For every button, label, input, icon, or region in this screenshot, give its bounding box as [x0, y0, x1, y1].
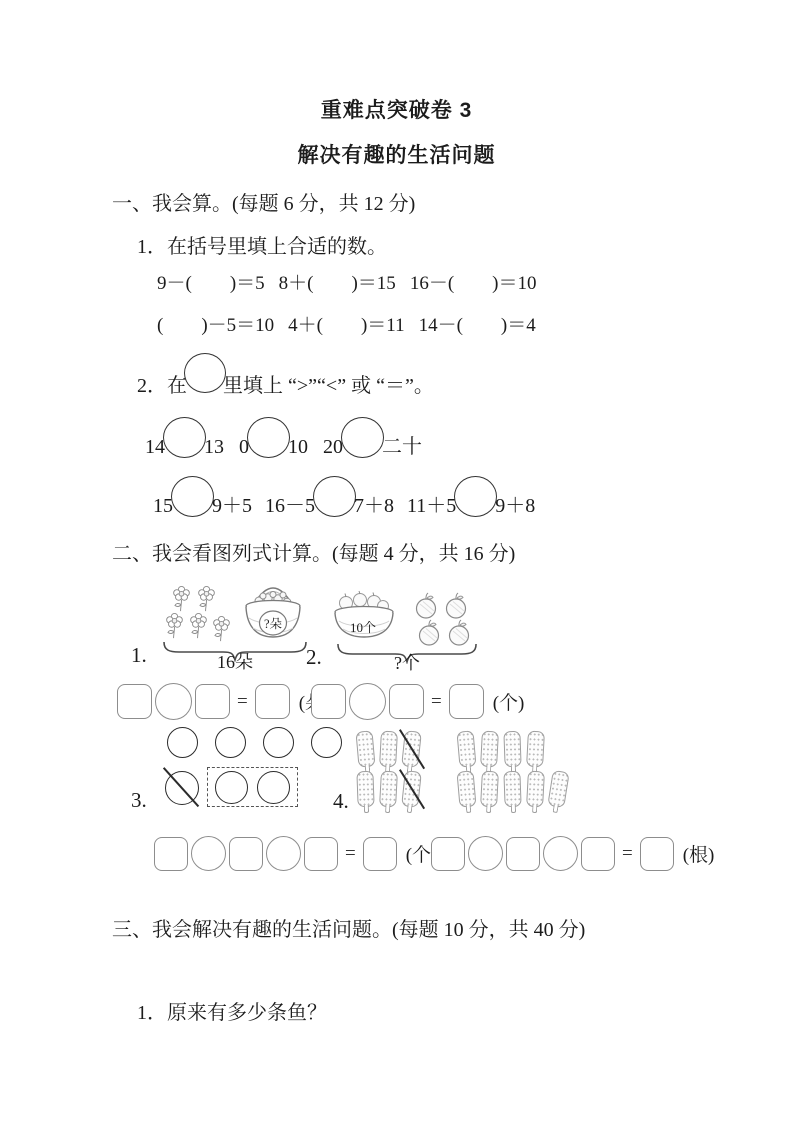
circle-shape	[257, 771, 290, 804]
flower-icon	[164, 611, 185, 639]
apple-basket-icon: 10个	[331, 590, 397, 642]
flower-icon	[196, 584, 217, 612]
s1-q2-label: 2．在 里填上 “>”“<” 或 “＝”。	[137, 352, 434, 398]
popsicle-row	[458, 731, 544, 767]
popsicle-icon	[526, 771, 545, 808]
flower-basket-icon: ?朵	[236, 576, 310, 642]
answer-box	[431, 837, 465, 871]
popsicle-crossed-icon	[401, 730, 422, 768]
answer-box	[117, 684, 152, 719]
equation: 16－( )＝10	[410, 268, 537, 295]
apple-icon	[413, 592, 439, 619]
s1-q2-compare-row2: 159＋5 16－57＋8 11＋59＋8	[153, 476, 535, 517]
compare-right: 13	[204, 436, 224, 458]
flower-icon	[171, 584, 192, 612]
apples-group	[413, 592, 473, 648]
compare-item: 1413	[145, 417, 224, 458]
s2-q3-number: 3.	[131, 788, 147, 813]
compare-circle	[454, 476, 497, 517]
circle-shape	[167, 727, 198, 758]
s1-q1-label: 1．在括号里填上合适的数。	[137, 230, 387, 259]
compare-item: 010	[239, 417, 308, 458]
popsicle-icon	[355, 730, 375, 767]
crossed-circle	[163, 768, 201, 806]
operator-circle	[266, 836, 301, 871]
answer-box	[195, 684, 230, 719]
s2-q1-number: 1.	[131, 643, 147, 668]
equals-sign: =	[622, 843, 633, 865]
s2-q4-answer-row: = (根)	[431, 836, 714, 871]
compare-left: 14	[145, 436, 165, 458]
popsicle-crossed-icon	[401, 770, 422, 808]
popsicle-icon	[503, 731, 521, 768]
equation: 8＋( )＝15	[279, 268, 396, 295]
section3-heading: 三、我会解决有趣的生活问题。(每题 10 分，共 40 分)	[112, 913, 585, 942]
popsicle-icon	[356, 771, 374, 808]
compare-item: 11＋59＋8	[407, 476, 535, 517]
s1-q2-label-suffix: 里填上 “>”“<” 或 “＝”。	[223, 369, 434, 398]
compare-item: 159＋5	[153, 476, 252, 517]
circle-shape	[311, 727, 342, 758]
popsicle-icon	[480, 771, 499, 808]
compare-right: 10	[288, 436, 308, 458]
equals-sign: =	[237, 691, 248, 713]
compare-circle	[163, 417, 206, 458]
compare-right: 二十	[382, 436, 422, 458]
flower-icon	[211, 614, 232, 642]
s2-q2-number: 2.	[306, 645, 322, 670]
page-subtitle: 解决有趣的生活问题	[0, 139, 793, 169]
equation: 9－( )＝5	[157, 268, 265, 295]
s1-q2-label-prefix: 2．在	[137, 369, 187, 398]
equals-sign: =	[345, 843, 356, 865]
compare-right: 7＋8	[354, 495, 394, 517]
answer-box	[640, 837, 674, 871]
answer-box	[449, 684, 484, 719]
s2-q4-number: 4.	[333, 789, 349, 814]
answer-box	[304, 837, 338, 871]
answer-box	[255, 684, 290, 719]
compare-item: 16－57＋8	[265, 476, 394, 517]
answer-box	[154, 837, 188, 871]
popsicle-icon	[379, 771, 398, 808]
operator-circle	[349, 683, 386, 720]
section1-heading: 一、我会算。(每题 6 分，共 12 分)	[112, 187, 415, 216]
answer-box	[506, 837, 540, 871]
s2-q3-circles-row1	[167, 727, 342, 758]
answer-box	[363, 837, 397, 871]
equation: ( )－5＝10	[157, 310, 274, 337]
compare-left: 11＋5	[407, 495, 456, 517]
page-title: 重难点突破卷 3	[0, 94, 793, 124]
popsicle-icon	[379, 731, 398, 768]
compare-item: 20二十	[323, 417, 422, 458]
popsicle-icon	[456, 770, 476, 807]
popsicle-icon	[526, 731, 545, 768]
section2-heading: 二、我会看图列式计算。(每题 4 分，共 16 分)	[112, 537, 515, 566]
circle-shape	[215, 771, 248, 804]
compare-circle	[313, 476, 356, 517]
popsicle-row	[357, 771, 420, 807]
loose-flowers-group	[163, 584, 237, 644]
compare-circle	[171, 476, 214, 517]
popsicle-row	[458, 771, 567, 807]
operator-circle	[155, 683, 192, 720]
s2-q2-total-label: ?个	[367, 649, 447, 675]
basket-count-label: 10个	[350, 620, 376, 635]
s2-q3-answer-row: = (个)	[154, 836, 437, 871]
circle-shape	[215, 727, 246, 758]
equation: 4＋( )＝11	[288, 310, 404, 337]
compare-circle	[247, 417, 290, 458]
s3-q1-label: 1．原来有多少条鱼？	[137, 996, 327, 1025]
compare-right: 9＋8	[495, 495, 535, 517]
popsicle-icon	[456, 730, 476, 767]
apple-icon	[443, 592, 469, 619]
operator-circle	[543, 836, 578, 871]
blank-circle	[184, 353, 226, 393]
flower-icon	[188, 611, 209, 639]
popsicle-icon	[547, 770, 569, 808]
dashed-group-box	[207, 767, 298, 807]
popsicle-icon	[503, 771, 521, 808]
s1-q1-equation-row2: ( )－5＝10 4＋( )＝11 14－( )＝4	[157, 310, 536, 337]
answer-box	[229, 837, 263, 871]
compare-circle	[341, 417, 384, 458]
answer-box	[581, 837, 615, 871]
answer-box	[311, 684, 346, 719]
equation: 14－( )＝4	[419, 310, 536, 337]
operator-circle	[191, 836, 226, 871]
s1-q2-compare-row1: 1413 010 20二十	[145, 417, 422, 458]
compare-right: 9＋5	[212, 495, 252, 517]
equals-sign: =	[431, 691, 442, 713]
s2-q2-answer-row: = (个)	[311, 683, 524, 720]
unit-label: (根)	[683, 840, 715, 867]
s2-q1-answer-row: = (朵)	[117, 683, 330, 720]
unit-label: (个)	[493, 688, 525, 715]
operator-circle	[468, 836, 503, 871]
popsicle-row	[357, 731, 420, 767]
compare-left: 15	[153, 495, 173, 517]
worksheet-page: 重难点突破卷 3 解决有趣的生活问题 一、我会算。(每题 6 分，共 12 分)…	[0, 0, 793, 1122]
s1-q1-equation-row1: 9－( )＝5 8＋( )＝15 16－( )＝10	[157, 268, 536, 295]
circle-shape	[263, 727, 294, 758]
compare-left: 16－5	[265, 495, 315, 517]
answer-box	[389, 684, 424, 719]
popsicle-icon	[480, 731, 499, 768]
basket-count-label: ?朵	[264, 617, 283, 631]
s2-q1-total-label: 16朵	[195, 648, 275, 674]
compare-left: 20	[323, 436, 343, 458]
